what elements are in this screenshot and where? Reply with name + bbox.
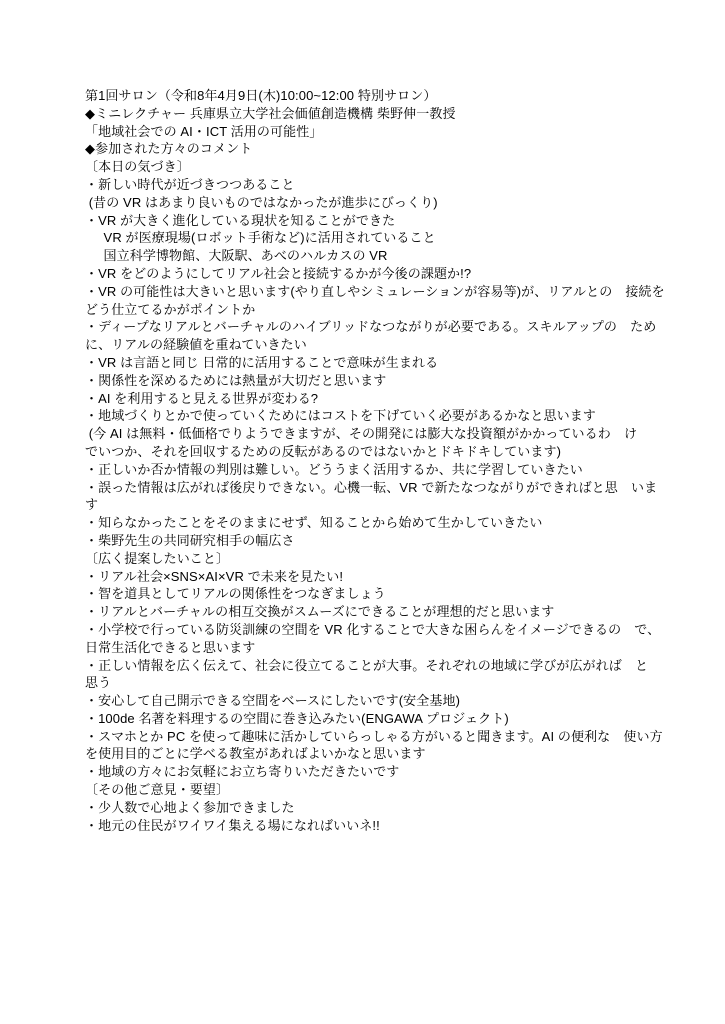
comment-line: ・リアルとバーチャルの相互交換がスムーズにできることが理想的だと思います <box>85 603 685 621</box>
comment-line: ・誤った情報は広がれば後戻りできない。心機一転、VR で新たなつながりができれば… <box>85 479 685 497</box>
comment-line: でいつか、それを回収するための反転があるのではないかとドキドキしています) <box>85 443 685 461</box>
comment-line: ・ディープなリアルとバーチャルのハイブリッドなつながりが必要である。スキルアップ… <box>85 318 685 336</box>
comment-line: VR が医療現場(ロボット手術など)に活用されていること <box>85 229 685 247</box>
comment-line: ・関係性を深めるためには熱量が大切だと思います <box>85 372 685 390</box>
comment-line: ・VR は言語と同じ 日常的に活用することで意味が生まれる <box>85 354 685 372</box>
comment-line: ・正しいか否か情報の判別は難しい。どううまく活用するか、共に学習していきたい <box>85 461 685 479</box>
comment-line: ・地元の住民がワイワイ集える場になればいいネ!! <box>85 817 685 835</box>
lecture-theme-line: 「地域社会での AI・ICT 活用の可能性」 <box>85 123 685 141</box>
comment-line: どう仕立てるかがポイントか <box>85 301 685 319</box>
comment-line: 国立科学博物館、大阪駅、あべのハルカスの VR <box>85 247 685 265</box>
comment-line: ・安心して自己開示できる空間をベースにしたいです(安全基地) <box>85 692 685 710</box>
comment-line: ・VR の可能性は大きいと思います(やり直しやシミュレーションが容易等)が、リア… <box>85 283 685 301</box>
comment-line: 思う <box>85 674 685 692</box>
comment-line: ・リアル社会×SNS×AI×VR で未来を見たい! <box>85 568 685 586</box>
section-heading-teian: 〔広く提案したいこと〕 <box>85 550 685 568</box>
comment-line: を使用目的ごとに学べる教室があればよいかなと思います <box>85 745 685 763</box>
comment-line: ・スマホとか PC を使って趣味に活かしていらっしゃる方がいると聞きます。AI … <box>85 728 685 746</box>
section-heading-kizuki: 〔本日の気づき〕 <box>85 158 685 176</box>
comments-heading-line: ◆参加された方々のコメント <box>85 140 685 158</box>
comment-line: ・正しい情報を広く伝えて、社会に役立てることが大事。それぞれの地域に学びが広がれ… <box>85 657 685 675</box>
comment-line: ・AI を利用すると見える世界が変わる? <box>85 390 685 408</box>
comment-line: ・新しい時代が近づきつつあること <box>85 176 685 194</box>
comment-line: ・柴野先生の共同研究相手の幅広さ <box>85 532 685 550</box>
comment-line: ・地域の方々にお気軽にお立ち寄りいただきたいです <box>85 763 685 781</box>
comment-line: ・VR が大きく進化している現状を知ることができた <box>85 212 685 230</box>
comment-line: (今 AI は無料・低価格でりようできますが、その開発には膨大な投資額がかかって… <box>85 425 685 443</box>
comment-line: ・少人数で心地よく参加できました <box>85 799 685 817</box>
comment-line: ・知らなかったことをそのままにせず、知ることから始めて生かしていきたい <box>85 514 685 532</box>
section-heading-iken: 〔その他ご意見・要望〕 <box>85 781 685 799</box>
comment-line: ・地域づくりとかで使っていくためにはコストを下げていく必要があるかなと思います <box>85 407 685 425</box>
comment-line: 日常生活化できると思います <box>85 639 685 657</box>
comment-line: ・100de 名著を料理するの空間に巻き込みたい(ENGAWA プロジェクト) <box>85 710 685 728</box>
comment-line: (昔の VR はあまり良いものではなかったが進歩にびっくり) <box>85 194 685 212</box>
comment-line: す <box>85 496 685 514</box>
session-title-line: 第1回サロン（令和8年4月9日(木)10:00~12:00 特別サロン） <box>85 87 685 105</box>
comment-line: ・智を道具としてリアルの関係性をつなぎましょう <box>85 585 685 603</box>
document-page: 第1回サロン（令和8年4月9日(木)10:00~12:00 特別サロン） ◆ミニ… <box>0 0 725 1024</box>
comment-line: ・小学校で行っている防災訓練の空間を VR 化することで大きな困らんをイメージで… <box>85 621 685 639</box>
mini-lecture-line: ◆ミニレクチャー 兵庫県立大学社会価値創造機構 柴野伸一教授 <box>85 105 685 123</box>
comment-line: に、リアルの経験値を重ねていきたい <box>85 336 685 354</box>
comment-line: ・VR をどのようにしてリアル社会と接続するかが今後の課題か!? <box>85 265 685 283</box>
document-text-block: 第1回サロン（令和8年4月9日(木)10:00~12:00 特別サロン） ◆ミニ… <box>85 87 685 834</box>
